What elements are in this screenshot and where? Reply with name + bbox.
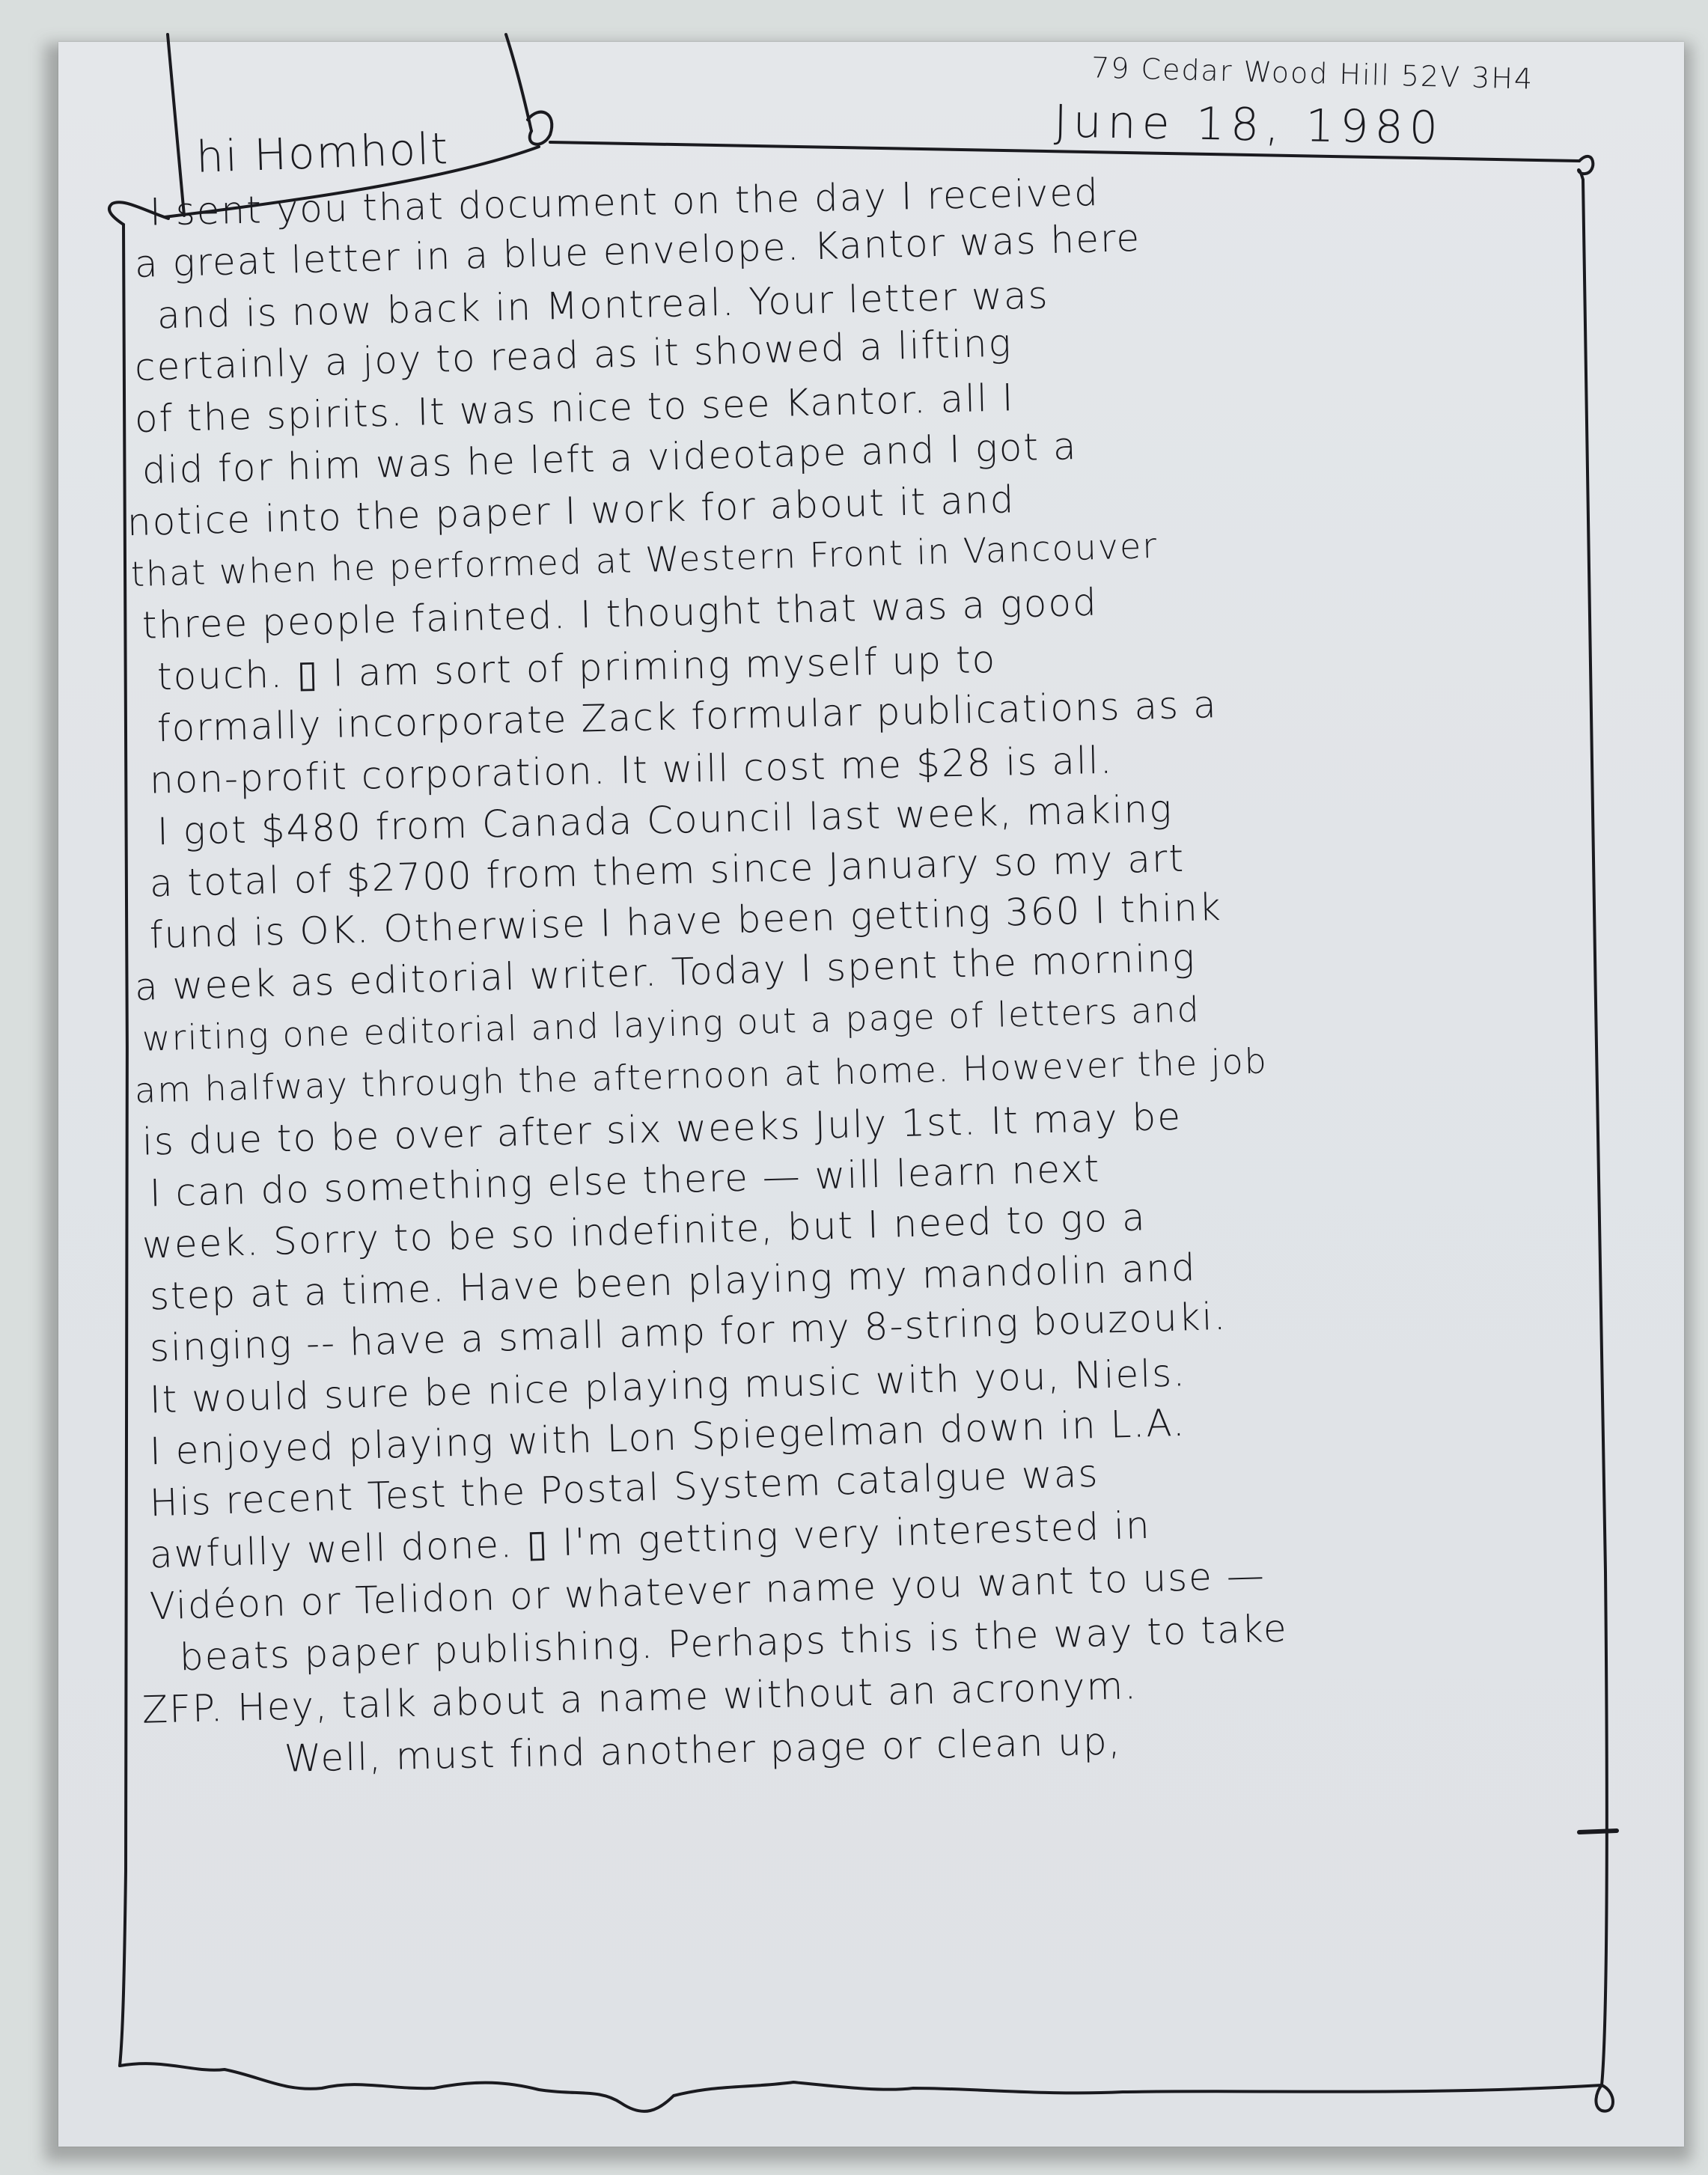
letter-body: I sent you that document on the day I re… [135,187,1602,1788]
letter-date: June 18, 1980 [1053,95,1444,154]
salutation: hi Homholt [195,123,450,183]
